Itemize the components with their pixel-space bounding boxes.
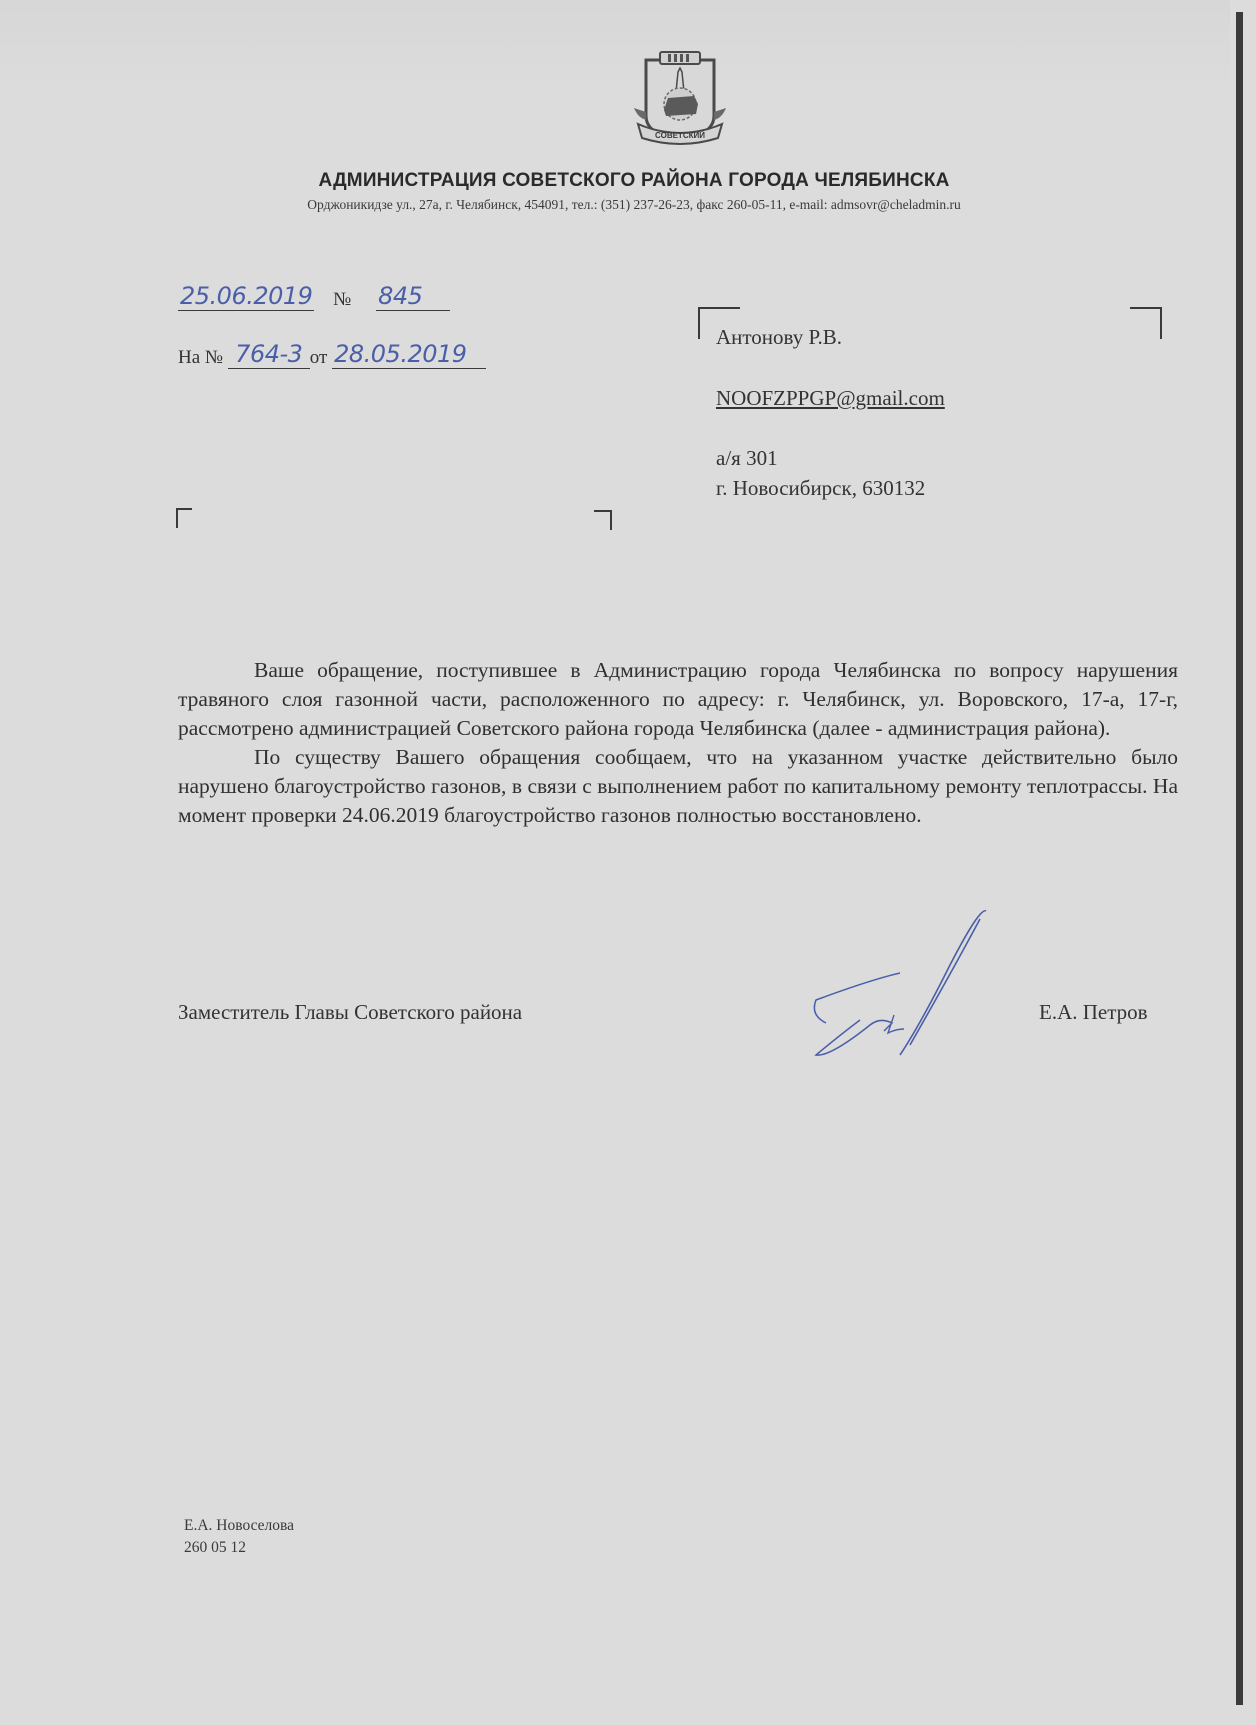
addressee-city: г. Новосибирск, 630132: [716, 476, 925, 501]
body-paragraph: Ваше обращение, поступившее в Администра…: [178, 656, 1178, 743]
body-paragraph: По существу Вашего обращения сообщаем, ч…: [178, 743, 1178, 830]
organization-title: АДМИНИСТРАЦИЯ СОВЕТСКОГО РАЙОНА ГОРОДА Ч…: [0, 170, 1256, 192]
reply-to-number: 764-3: [228, 340, 310, 369]
outgoing-date: 25.06.2019: [178, 282, 314, 311]
corner-mark: [176, 508, 192, 528]
reply-to-label: На №: [178, 347, 223, 368]
corner-mark: [594, 510, 612, 530]
coat-of-arms-emblem-icon: СОВЕТСКИЙ: [628, 46, 732, 150]
handwritten-signature-icon: [800, 905, 1000, 1065]
scan-edge-bar: [1236, 12, 1243, 1705]
executor-phone: 260 05 12: [184, 1537, 294, 1559]
outgoing-number: 845: [376, 282, 450, 311]
executor-name: Е.А. Новоселова: [184, 1515, 294, 1537]
addressee-po-box: а/я 301: [716, 446, 778, 471]
organization-contacts: Орджоникидзе ул., 27а, г. Челябинск, 454…: [0, 197, 1256, 213]
signatory-name: Е.А. Петров: [1039, 1000, 1148, 1025]
scan-artifact: [0, 0, 1230, 95]
svg-text:СОВЕТСКИЙ: СОВЕТСКИЙ: [655, 131, 705, 140]
signatory-position: Заместитель Главы Советского района: [178, 1000, 522, 1025]
from-label: от: [310, 347, 328, 368]
executor-info: Е.А. Новоселова 260 05 12: [184, 1515, 294, 1559]
corner-mark: [1130, 307, 1162, 339]
reply-to-date: 28.05.2019: [332, 340, 486, 369]
outgoing-registration: 25.06.2019 № 845: [178, 282, 450, 311]
addressee-name: Антонову Р.В.: [716, 325, 842, 350]
number-label: №: [333, 289, 351, 310]
email-link[interactable]: NOOFZPPGP@gmail.com: [716, 386, 945, 410]
incoming-reference: На № 764-3от 28.05.2019: [178, 340, 486, 369]
letter-body: Ваше обращение, поступившее в Администра…: [178, 656, 1178, 830]
addressee-email: NOOFZPPGP@gmail.com: [716, 386, 945, 411]
